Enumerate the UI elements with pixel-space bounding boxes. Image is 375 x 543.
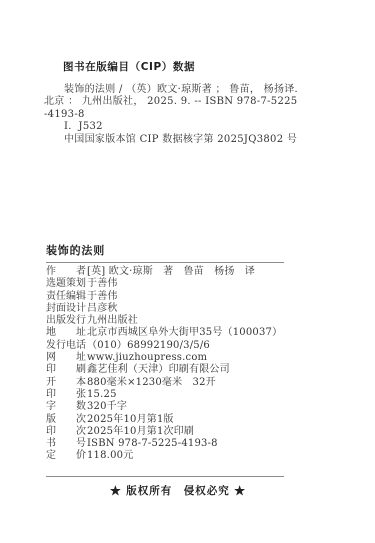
title-divider (46, 262, 284, 263)
info-row-label: 印 张 (46, 389, 87, 401)
info-row-value: 于善伟 (87, 278, 118, 290)
info-row: 印 次 2025年10月第1次印刷 (46, 426, 284, 438)
info-row-value: 于善伟 (87, 291, 118, 303)
info-row: 印 张 15.25 (46, 389, 284, 401)
cip-line: 中国国家版本馆 CIP 数据核字第 2025JQ3802 号 (44, 134, 304, 146)
info-row-value: ISBN 978-7-5225-4193-8 (87, 438, 218, 450)
info-row-value: 九州出版社 (87, 315, 138, 327)
cip-heading: 图书在版编目（CIP）数据 (63, 59, 304, 74)
info-row-value: 880毫米×1230毫米 32开 (87, 377, 216, 389)
info-row: 字 数 320千字 (46, 401, 284, 413)
info-row: 封面设计 吕彦秋 (46, 303, 284, 315)
info-row-value: www.jiuzhoupress.com (87, 352, 207, 364)
info-row-label: 选题策划 (46, 278, 87, 290)
info-row-value: 北京市西城区阜外大街甲35号（100037） (87, 327, 282, 339)
info-row-label: 出版发行 (46, 315, 87, 327)
info-row-value: 320千字 (87, 401, 127, 413)
info-row-label: 作 者 (46, 266, 87, 278)
cip-section: 图书在版编目（CIP）数据 装饰的法则 / （英）欧文·琼斯著 ； 鲁苗， 杨扬… (44, 59, 304, 146)
info-row-label: 书 号 (46, 438, 87, 450)
info-row-value: 15.25 (87, 389, 117, 401)
info-row: 版 次 2025年10月第1版 (46, 414, 284, 426)
info-row-label: 封面设计 (46, 303, 87, 315)
info-row: 出版发行 九州出版社 (46, 315, 284, 327)
book-copyright-page: 图书在版编目（CIP）数据 装饰的法则 / （英）欧文·琼斯著 ； 鲁苗， 杨扬… (0, 0, 375, 543)
info-row: 地 址 北京市西城区阜外大街甲35号（100037） (46, 327, 284, 339)
cip-line: -4193-8 (44, 109, 304, 121)
info-row-value: 2025年10月第1版 (87, 414, 174, 426)
info-row-label: 版 次 (46, 414, 87, 426)
info-row-label: 发行电话 (46, 340, 87, 352)
info-row-label: 地 址 (46, 327, 87, 339)
info-row: 选题策划 于善伟 (46, 278, 284, 290)
info-row-value: 吕彦秋 (87, 303, 118, 315)
publication-info-section: 装饰的法则 作 者 [英] 欧文·琼斯 著 鲁苗 杨扬 译 选题策划 于善伟 责… (46, 242, 284, 498)
info-row: 书 号 ISBN 978-7-5225-4193-8 (46, 438, 284, 450)
info-row-label: 印 刷 (46, 364, 87, 376)
info-row-label: 印 次 (46, 426, 87, 438)
info-row: 印 刷 鑫艺佳利（天津）印刷有限公司 (46, 364, 284, 376)
book-title: 装饰的法则 (46, 242, 284, 258)
copyright-notice: ★ 版权所有 侵权必究 ★ (46, 483, 284, 498)
info-row: 开 本 880毫米×1230毫米 32开 (46, 377, 284, 389)
info-row: 发行电话 （010）68992190/3/5/6 (46, 340, 284, 352)
footer-divider (46, 476, 284, 477)
info-row-label: 定 价 (46, 450, 87, 462)
info-row: 责任编辑 于善伟 (46, 291, 284, 303)
info-row-value: 鑫艺佳利（天津）印刷有限公司 (87, 364, 230, 376)
info-row: 定 价 118.00元 (46, 450, 284, 462)
info-row-label: 字 数 (46, 401, 87, 413)
info-row-value: （010）68992190/3/5/6 (87, 340, 210, 352)
info-row-value: [英] 欧文·琼斯 著 鲁苗 杨扬 译 (87, 266, 255, 278)
cip-line: Ⅰ．J532 (44, 121, 304, 133)
cip-line: 装饰的法则 / （英）欧文·琼斯著 ； 鲁苗， 杨扬译． (44, 84, 304, 96)
info-row-label: 网 址 (46, 352, 87, 364)
cip-line: 北京 ： 九州出版社， 2025. 9. -- ISBN 978-7-5225 (44, 96, 304, 108)
info-row: 网 址 www.jiuzhoupress.com (46, 352, 284, 364)
info-row: 作 者 [英] 欧文·琼斯 著 鲁苗 杨扬 译 (46, 266, 284, 278)
info-row-value: 118.00元 (87, 450, 133, 462)
info-row-label: 责任编辑 (46, 291, 87, 303)
info-row-label: 开 本 (46, 377, 87, 389)
info-row-value: 2025年10月第1次印刷 (87, 426, 194, 438)
